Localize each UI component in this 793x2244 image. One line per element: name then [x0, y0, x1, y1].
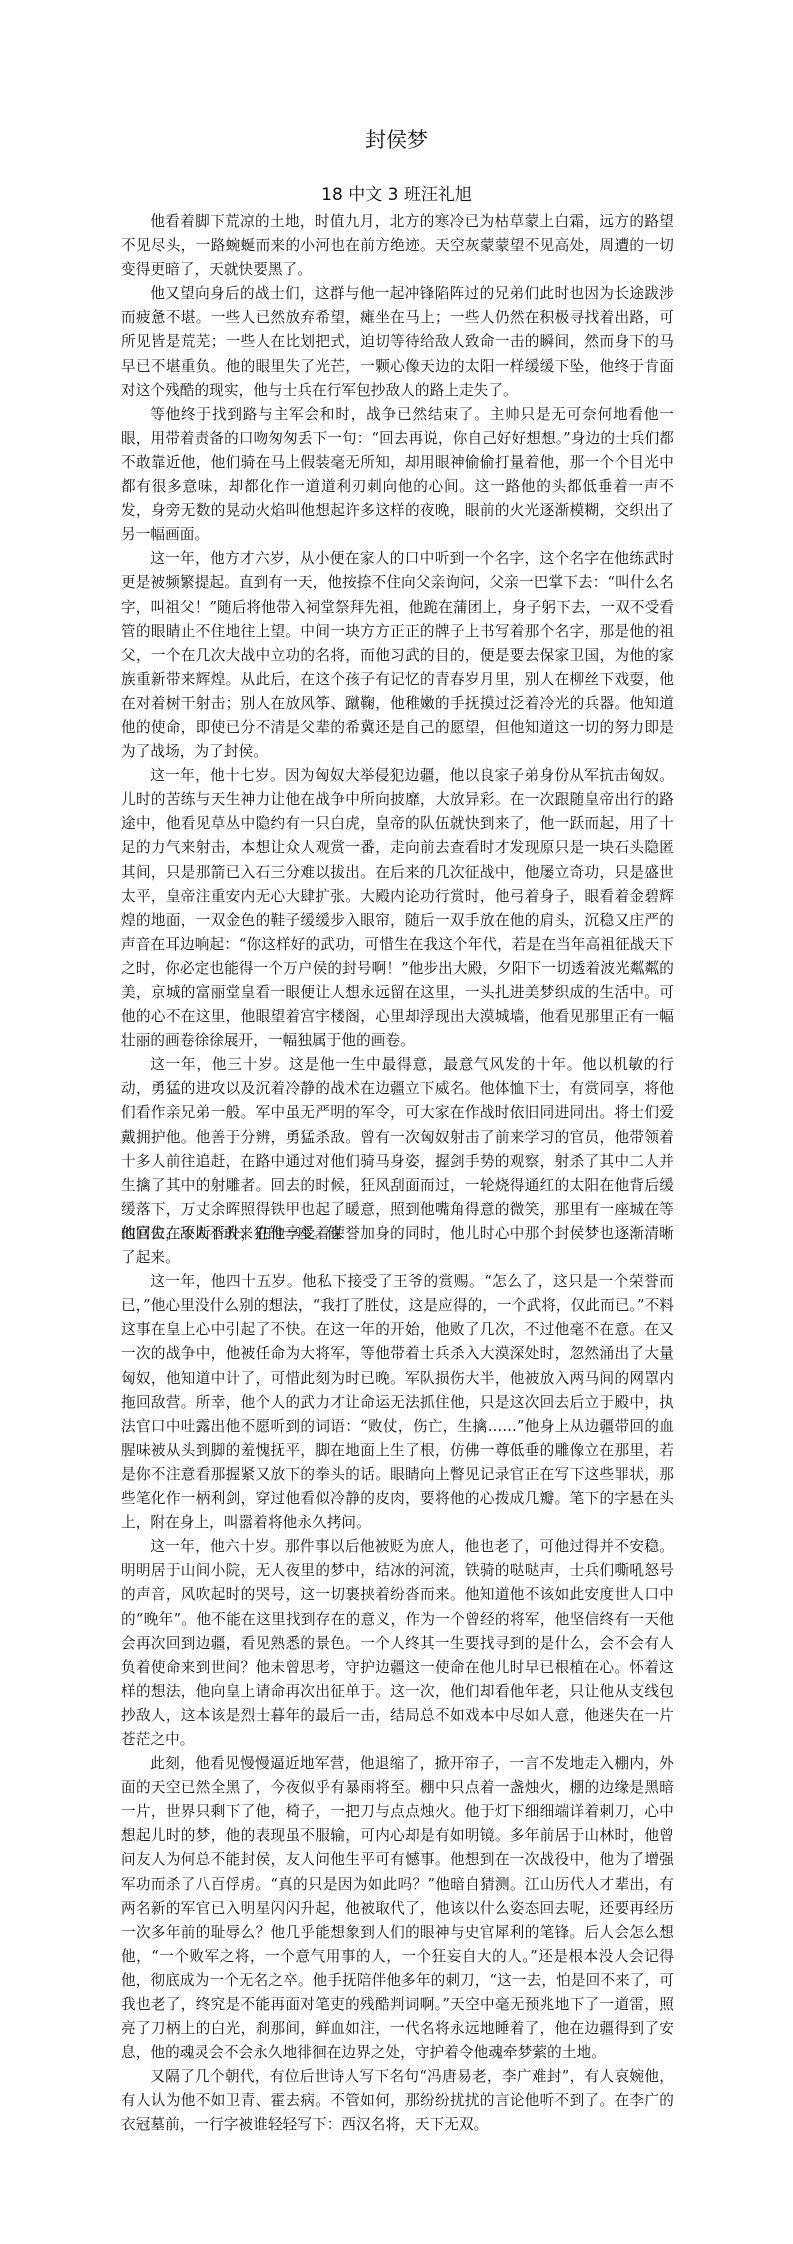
paragraph-continuation: 的官位在不断晋升，在他享受着荣誉加身的同时，他儿时心中那个封侯梦也逐渐清晰了起来…: [121, 1222, 674, 1270]
document-title: 封侯梦: [0, 124, 793, 154]
paragraph: 这一年，他十七岁。因为匈奴大举侵犯边疆，他以良家子弟身份从军抗击匈奴。儿时的苦练…: [121, 764, 674, 1053]
paragraph: 这一年，他四十五岁。他私下接受了王爷的赏赐。“怎么了，这只是一个荣誉而已，”他心…: [121, 1270, 674, 1535]
page-2-body: 的官位在不断晋升，在他享受着荣誉加身的同时，他儿时心中那个封侯梦也逐渐清晰了起来…: [121, 1222, 674, 2138]
paragraph: 又隔了几个朝代，有位后世诗人写下名句“冯唐易老，李广难封”，有人哀婉他，有人认为…: [121, 2065, 674, 2137]
paragraph: 此刻，他看见慢慢逼近地军营，他退缩了，掀开帘子，一言不发地走入棚内，外面的天空已…: [121, 1752, 674, 2065]
paragraph: 他看着脚下荒凉的土地，时值九月，北方的寒冷已为枯草蒙上白霜，远方的路望不见尽头，…: [121, 210, 674, 282]
paragraph: 这一年，他方才六岁，从小便在家人的口中听到一个名字，这个名字在他练武时更是被频繁…: [121, 547, 674, 764]
document-author-line: 18 中文 3 班汪礼旭: [0, 180, 793, 205]
page-1-body: 他看着脚下荒凉的土地，时值九月，北方的寒冷已为枯草蒙上白霜，远方的路望不见尽头，…: [121, 210, 674, 1246]
paragraph: 这一年，他六十岁。那件事以后他被贬为庶人，他也老了，可他过得并不安稳。明明居于山…: [121, 1535, 674, 1752]
paragraph: 等他终于找到路与主军会和时，战争已然结束了。主帅只是无可奈何地看他一眼，用带着责…: [121, 403, 674, 548]
paragraph: 他又望向身后的战士们，这群与他一起冲锋陷阵过的兄弟们此时也因为长途跋涉而疲惫不堪…: [121, 282, 674, 402]
paragraph: 这一年，他三十岁。这是他一生中最得意，最意气风发的十年。他以机敏的行动，勇猛的进…: [121, 1053, 674, 1246]
